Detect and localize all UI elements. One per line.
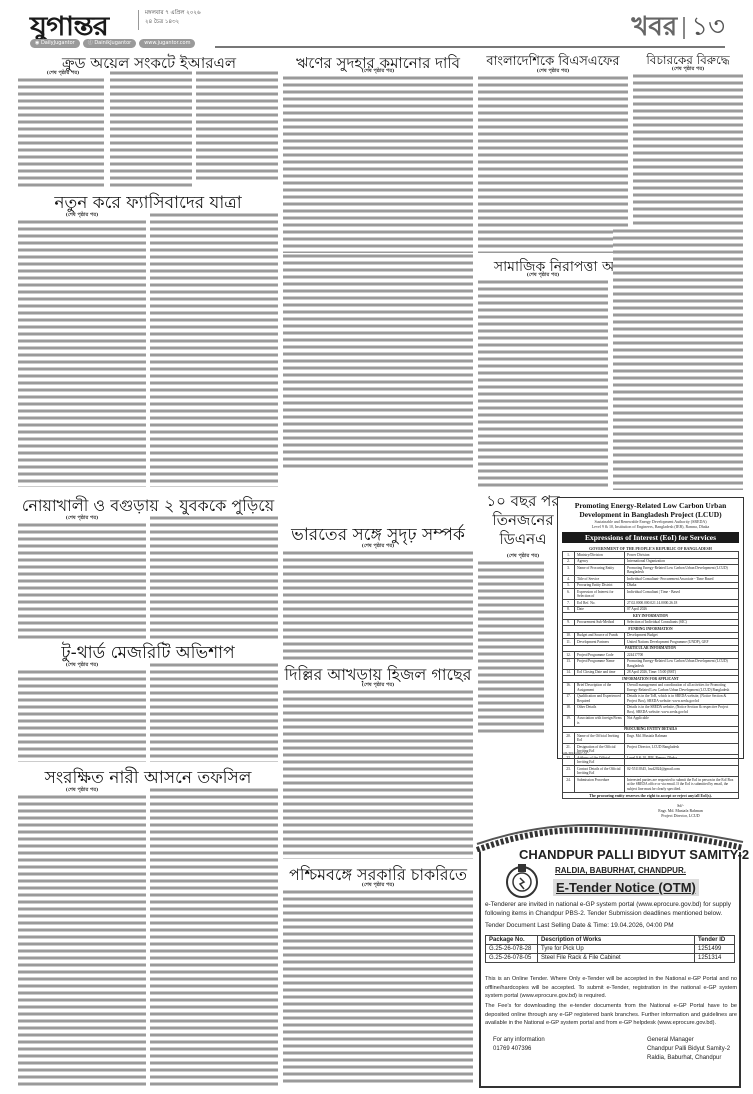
table-row: 20.Name of the Official Inviting EoIEngr…	[563, 733, 739, 744]
row-key: Qualification and Experienced Required	[575, 693, 625, 704]
tender-note-2: The Fee's for downloading the e-tender d…	[485, 1002, 737, 1028]
row-key: Other Details	[575, 704, 625, 715]
article-body-fascism-col2	[150, 212, 278, 487]
table-row: 24.Submission ProcedureInterested partie…	[563, 777, 739, 793]
table-row: 23.Contact Details of the Official Invit…	[563, 766, 739, 777]
tender-contact: For any information 01769 407396	[493, 1036, 545, 1054]
info-label: For any information	[493, 1036, 545, 1045]
row-key: Name of Procuring Entity	[575, 565, 625, 576]
row-value: Overall management and coordination of a…	[625, 682, 739, 693]
headline-line: ১০ বছর পর	[478, 492, 568, 511]
row-number: 16.	[563, 682, 575, 693]
col-tender-id: Tender ID	[695, 936, 735, 945]
row-value: Individual Consultant | Time - Based	[625, 589, 739, 600]
twitter-link[interactable]: ◉ DailyJugantor	[30, 39, 80, 48]
date-bengali: ২৪ চৈত্র ১৪৩২	[145, 18, 201, 27]
tender-title: E-Tender Notice (OTM)	[553, 879, 699, 896]
eoi-table: 1.Ministry/DivisionPower Division2.Agenc…	[562, 551, 739, 793]
eoi-advertisement: Promoting Energy-Related Low Carbon Urba…	[557, 497, 744, 759]
table-row: 22.Address of the Official Inviting EoIL…	[563, 755, 739, 766]
headline-line: তিনজনের	[478, 511, 568, 530]
headline-ten-years-dna: ১০ বছর পর তিনজনের ডিএনএ	[478, 492, 568, 549]
row-value: Details is in the SREDA website, (Notice…	[625, 704, 739, 715]
gm-org: Chandpur Palli Bidyut Samity-2	[647, 1045, 730, 1054]
signatory-title: Project Director, LCUD	[618, 813, 743, 818]
table-row: 13.Project/Programme NamePromoting Energ…	[563, 658, 739, 669]
ad-banner: Expressions of Interest (EoI) for Servic…	[562, 532, 739, 543]
table-row: 17.Qualification and Experienced Require…	[563, 693, 739, 704]
description: Tyre for Pick Up	[538, 945, 695, 954]
tender-intro: e-Tenderer are invited in national e-GP …	[485, 900, 737, 918]
row-key: Expression of Interest for Selection of	[575, 589, 625, 600]
section-label: খবর ১৩	[631, 6, 725, 50]
row-number: 13.	[563, 658, 575, 669]
article-body-social-safety-col2	[613, 228, 743, 490]
row-value: Level 9 & 10, IEB, Ramna, Dhaka	[625, 755, 739, 766]
article-body-west-bengal-jobs	[283, 889, 473, 1086]
eoi-footer-note: The procuring entity reserves the right …	[562, 793, 739, 799]
tender-id: 1251314	[695, 954, 735, 963]
phone-number: 01769 407396	[493, 1045, 545, 1054]
row-value: Promoting Energy-Related Low Carbon Urba…	[625, 565, 739, 576]
tender-advertisement: CHANDPUR PALLI BIDYUT SAMITY-2 RALDIA, B…	[475, 822, 745, 1090]
row-key: Association with foreign Firms is	[575, 715, 625, 726]
article-body-two-thirds-col2	[150, 662, 278, 762]
table-row: 18.Other DetailsDetails is in the SREDA …	[563, 704, 739, 715]
row-key: Project/Programme Name	[575, 658, 625, 669]
row-key: Address of the Official Inviting EoI	[575, 755, 625, 766]
gm-address: Raldia, Baburhat, Chandpur	[647, 1054, 730, 1063]
facebook-handle: DainikJugantor	[94, 40, 131, 46]
date-gregorian: মঙ্গলবার ৭ এপ্রিল ২০২৬	[145, 9, 201, 18]
article-body-crude-oil-col1	[18, 77, 104, 187]
gm-title: General Manager	[647, 1036, 730, 1045]
article-body-noakhali-col1	[18, 522, 146, 640]
table-row: 19.Association with foreign Firms isNot …	[563, 715, 739, 726]
row-number: 20.	[563, 733, 575, 744]
pbs-logo-icon	[505, 862, 539, 900]
row-number: 22.	[563, 755, 575, 766]
article-body-fascism-col3	[283, 253, 473, 468]
ad-org-line-2: Level 9 & 10, Institution of Engineers, …	[558, 524, 743, 529]
table-row: G.25-26-078-28 Tyre for Pick Up 1251499	[486, 945, 735, 954]
row-number: 18.	[563, 704, 575, 715]
row-key: Contact Details of the Official Inviting…	[575, 766, 625, 777]
article-body-noakhali-col2	[150, 515, 278, 640]
row-value: Engr. Md. Mustafa Rahman	[625, 733, 739, 744]
table-row: 6.Expression of Interest for Selection o…	[563, 589, 739, 600]
page-number: ১৩	[691, 6, 725, 50]
col-description: Description of Works	[538, 936, 695, 945]
article-body-social-safety-col1	[478, 279, 608, 489]
article-body-delhi-hijol	[283, 689, 473, 859]
row-value: Details is in the ToR, which is in SREDA…	[625, 693, 739, 704]
article-body-bangladesh-bsf	[478, 75, 628, 253]
tender-id: 1251499	[695, 945, 735, 954]
tender-table: Package No. Description of Works Tender …	[485, 935, 735, 963]
eoi-signature: Sd/- Engr. Md. Mustafa Rahman Project Di…	[618, 803, 743, 818]
row-number: 6.	[563, 589, 575, 600]
ad-title-line-1: Promoting Energy-Related Low Carbon Urba…	[558, 501, 743, 510]
table-row: 21.Designation of the Official Inviting …	[563, 744, 739, 755]
dateline: মঙ্গলবার ৭ এপ্রিল ২০২৬ ২৪ চৈত্র ১৪৩২	[145, 9, 201, 27]
row-number: 19.	[563, 715, 575, 726]
row-value: Interested parties are requested to subm…	[625, 777, 739, 793]
package-no: G.25-26-078-05	[486, 954, 538, 963]
tender-last-selling: Tender Document Last Selling Date & Time…	[485, 922, 737, 929]
article-body-judge	[633, 73, 743, 228]
row-value: Project Director, LCUD Bangladesh	[625, 744, 739, 755]
row-number: 3.	[563, 565, 575, 576]
tender-org: CHANDPUR PALLI BIDYUT SAMITY-2	[519, 847, 749, 862]
table-row: 16.Brief Description of the AssignmentOv…	[563, 682, 739, 693]
ad-title-line-2: Development in Bangladesh Project (LCUD)	[558, 510, 743, 519]
article-body-ten-years-dna	[478, 560, 544, 735]
row-value: 02-55110345, lcud2024@gmail.com	[625, 766, 739, 777]
article-body-loan-interest	[283, 75, 473, 253]
article-body-fascism-col1	[18, 219, 146, 487]
section-name: খবর	[631, 6, 677, 50]
section-divider	[683, 17, 685, 39]
article-body-crude-oil-col3	[196, 70, 278, 180]
package-no: G.25-26-078-28	[486, 945, 538, 954]
row-number: 23.	[563, 766, 575, 777]
website-link[interactable]: www.jugantor.com	[139, 39, 195, 48]
eoi-ref: GD-3012/26(7-5)	[562, 751, 587, 755]
article-body-reserved-seats-col1	[18, 794, 146, 1086]
masthead: যুগান্তর মঙ্গলবার ৭ এপ্রিল ২০২৬ ২৪ চৈত্র…	[0, 0, 753, 52]
row-value: Not Applicable	[625, 715, 739, 726]
row-key: Submission Procedure	[575, 777, 625, 793]
tender-address: RALDIA, BABURHAT, CHANDPUR.	[555, 866, 686, 875]
row-key: Name of the Official Inviting EoI	[575, 733, 625, 744]
col-package: Package No.	[486, 936, 538, 945]
tender-signatory: General Manager Chandpur Palli Bidyut Sa…	[647, 1036, 730, 1063]
social-links: ◉ DailyJugantor ⓕ DainikJugantor www.jug…	[30, 39, 195, 48]
twitter-handle: DailyJugantor	[41, 40, 75, 46]
headline-line: ডিএনএ	[478, 530, 568, 549]
description: Steel File Rack & File Cabinet	[538, 954, 695, 963]
table-row: 3.Name of Procuring EntityPromoting Ener…	[563, 565, 739, 576]
row-key: Brief Description of the Assignment	[575, 682, 625, 693]
article-body-crude-oil-col2	[110, 70, 192, 187]
table-row: G.25-26-078-05 Steel File Rack & File Ca…	[486, 954, 735, 963]
article-body-two-thirds-col1	[18, 669, 146, 762]
article-body-india-relations	[283, 550, 473, 660]
logo-divider	[138, 10, 139, 30]
article-body-reserved-seats-col2	[150, 787, 278, 1086]
row-value: Promoting Energy-Related Low Carbon Urba…	[625, 658, 739, 669]
tender-note-1: This is an Online Tender. Where Only e-T…	[485, 975, 737, 1001]
row-number: 17.	[563, 693, 575, 704]
row-number: 24.	[563, 777, 575, 793]
facebook-link[interactable]: ⓕ DainikJugantor	[83, 39, 136, 48]
